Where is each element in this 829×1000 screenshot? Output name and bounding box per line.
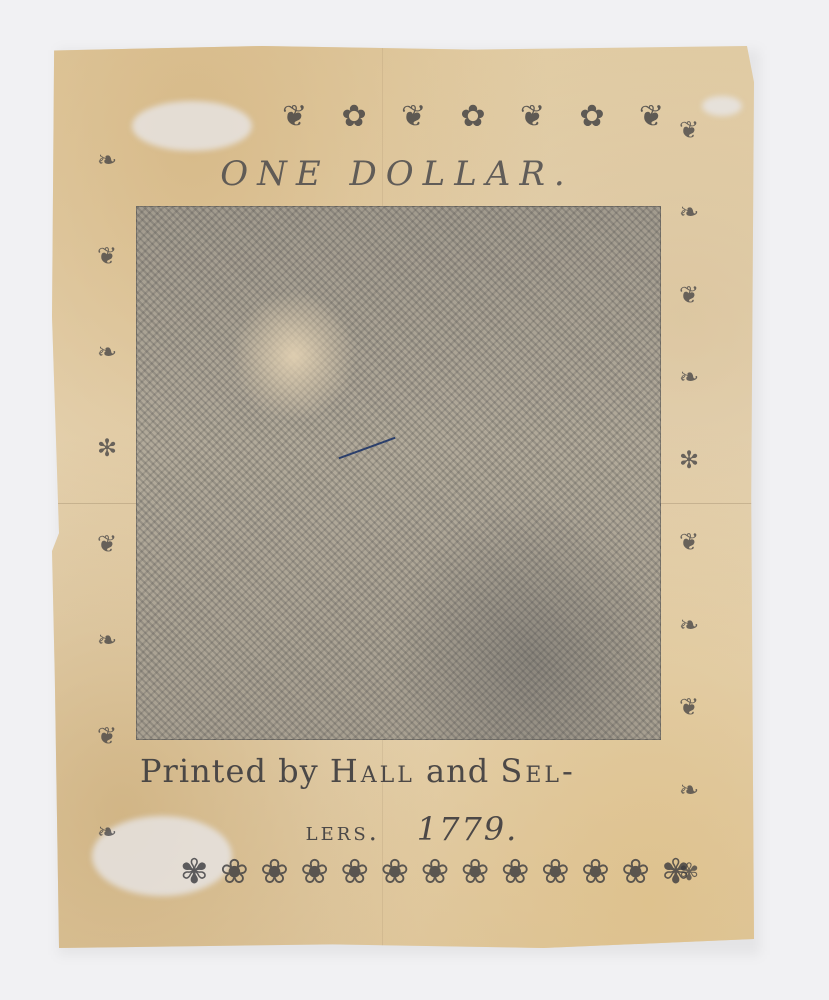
ornament: ✿ [460, 99, 483, 134]
ornament: ❦ [401, 99, 424, 134]
ornament: ❧ [97, 818, 117, 846]
ornament: ❦ [97, 530, 117, 558]
ink-mark [338, 437, 395, 459]
ornament: ❦ [97, 242, 117, 270]
ornament: ❀ [621, 852, 650, 892]
ornament: ❦ [679, 528, 699, 556]
ornament: ❧ [97, 146, 117, 174]
ornament: ❧ [97, 626, 117, 654]
ornament: ✿ [341, 99, 364, 134]
ornament: ❀ [541, 852, 570, 892]
ornament: ❧ [679, 611, 699, 639]
ornament: ❧ [679, 198, 699, 226]
ornament: ❦ [97, 722, 117, 750]
ornament: ✿ [579, 99, 602, 134]
year: 1779. [417, 810, 519, 848]
ornament: ✾ [662, 852, 691, 892]
ornament: ❦ [639, 99, 662, 134]
ornament: ✻ [97, 434, 117, 462]
ornament: ❀ [260, 852, 289, 892]
ornament: ❀ [581, 852, 610, 892]
ornament-border-bottom: ✾ ❀ ❀ ❀ ❀ ❀ ❀ ❀ ❀ ❀ ❀ ❀ ✾ [180, 854, 690, 890]
ornament: ✾ [180, 852, 209, 892]
ornament: ❦ [520, 99, 543, 134]
ornament-border-right: ❦ ❧ ❦ ❧ ✻ ❦ ❧ ❦ ❧ ✾ [674, 116, 704, 886]
ornament: ❧ [97, 338, 117, 366]
nature-print-vignette [136, 206, 661, 740]
ornament: ❀ [381, 852, 410, 892]
ornament: ❀ [300, 852, 329, 892]
ornament: ✻ [679, 446, 699, 474]
ornament: ❀ [220, 852, 249, 892]
banknote: ❦ ✿ ❦ ✿ ❦ ✿ ❦ ❧ ❦ ❧ ✻ ❦ ❧ ❦ ❧ ❦ ❧ ❦ ❧ ✻ … [52, 46, 754, 948]
ornament: ❀ [501, 852, 530, 892]
ornament: ❀ [461, 852, 490, 892]
ornament: ❀ [421, 852, 450, 892]
paper-stain [132, 101, 252, 151]
ornament: ❦ [679, 116, 699, 144]
denomination-title: ONE DOLLAR. [182, 154, 612, 194]
ornament: ❀ [341, 852, 370, 892]
ornament: ❦ [679, 281, 699, 309]
ornament: ❦ [679, 693, 699, 721]
ornament: ❧ [679, 776, 699, 804]
ornament: ❦ [282, 99, 305, 134]
ornament-border-left: ❧ ❦ ❧ ✻ ❦ ❧ ❦ ❧ [92, 146, 122, 846]
printer-date-line: lers. 1779. [262, 810, 562, 848]
paper-stain [702, 96, 742, 116]
printer-imprint: Printed by Hall and Sel- [140, 752, 670, 790]
ornament-border-top: ❦ ✿ ❦ ✿ ❦ ✿ ❦ [282, 98, 662, 134]
ornament: ❧ [679, 363, 699, 391]
